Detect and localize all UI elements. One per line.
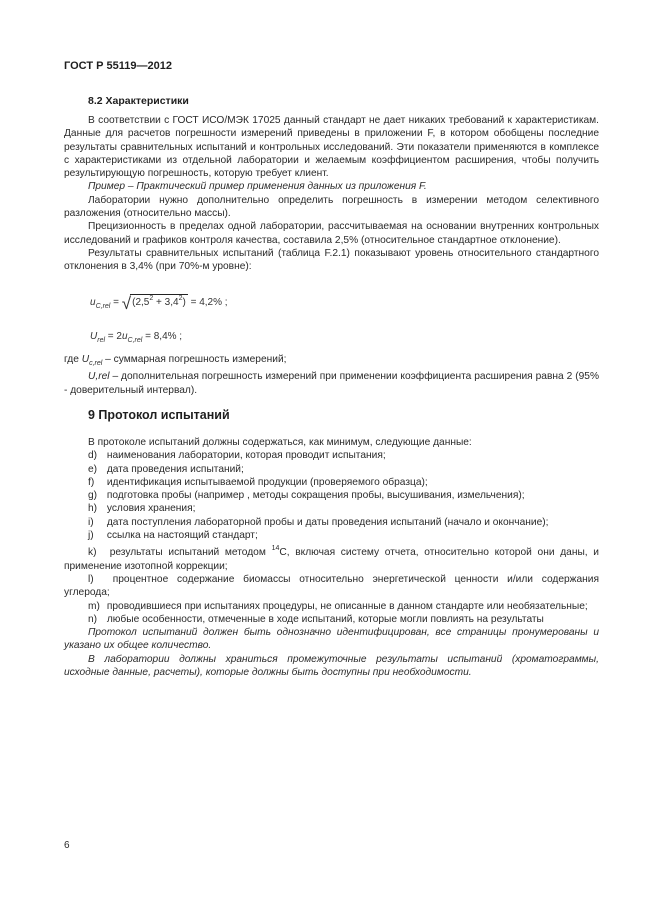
list-text: проводившиеся при испытаниях процедуры, … <box>107 601 588 612</box>
list-item-h: h) условия хранения; <box>64 502 599 515</box>
formula-combined-uncertainty: uC,rel = √(2,52 + 3,42) = 4,2% ; <box>90 294 228 314</box>
list-item-l: l) процентное содержание биомассы относи… <box>64 573 599 600</box>
formula-result: = 4,2% ; <box>188 297 228 308</box>
list-label: m) <box>88 600 104 613</box>
list-label: j) <box>88 529 104 542</box>
list-item-m: m) проводившиеся при испытаниях процедур… <box>64 600 599 613</box>
list-item-e: e) дата проведения испытаний; <box>64 463 599 476</box>
list-text: идентификация испытываемой продукции (пр… <box>107 477 428 488</box>
list-label: i) <box>88 516 104 529</box>
list-label: n) <box>88 613 104 626</box>
where-definition: – суммарная погрешность измерений; <box>102 354 286 365</box>
list-text: наименования лаборатории, которая провод… <box>107 450 386 461</box>
list-label: d) <box>88 449 104 462</box>
section-9-body: В протоколе испытаний должны содержаться… <box>64 436 599 679</box>
list-label: e) <box>88 463 104 476</box>
formula-symbol: U <box>82 354 89 365</box>
page-number: 6 <box>64 840 70 851</box>
formula-term: 2,5 <box>135 297 149 308</box>
section-8-2-body: В соответствии с ГОСТ ИСО/МЭК 17025 данн… <box>64 114 599 274</box>
sqrt-radicand: (2,52 + 3,42) <box>130 294 188 308</box>
formula-symbol: U,rel <box>88 371 110 382</box>
formula-subscript: C,rel <box>96 303 111 310</box>
formula-term: 3,4 <box>165 297 179 308</box>
list-text: дата поступления лабораторной пробы и да… <box>107 517 549 528</box>
paragraph: Результаты сравнительных испытаний (табл… <box>64 247 599 274</box>
document-page: ГОСТ Р 55119—2012 8.2 Характеристики В с… <box>0 0 646 913</box>
formula-subscript: c,rel <box>89 360 102 367</box>
where-line-1: где Uc,rel – суммарная погрешность измер… <box>64 353 599 370</box>
list-item-j: j) ссылка на настоящий стандарт; <box>64 529 599 542</box>
list-text: подготовка пробы (например , методы сокр… <box>107 490 525 501</box>
section-9-title: 9 Протокол испытаний <box>88 408 230 422</box>
example-note: Пример – Практический пример применения … <box>64 180 599 193</box>
formula-operator: = 2 <box>105 331 122 342</box>
list-item-f: f) идентификация испытываемой продукции … <box>64 476 599 489</box>
list-item-d: d) наименования лаборатории, которая про… <box>64 449 599 462</box>
formula-subscript: rel <box>97 337 105 344</box>
list-label: k) <box>88 546 104 559</box>
paragraph: В протоколе испытаний должны содержаться… <box>64 436 599 449</box>
list-item-k: k) результаты испытаний методом 14С, вкл… <box>64 542 599 573</box>
list-text: ссылка на настоящий стандарт; <box>107 530 258 541</box>
formula-operator: + <box>153 297 164 308</box>
where-definition: – дополнительная погрешность измерений п… <box>64 371 599 395</box>
formula-expanded-uncertainty: Urel = 2uC,rel = 8,4% ; <box>90 331 182 344</box>
list-label: f) <box>88 476 104 489</box>
list-text: результаты испытаний методом <box>110 547 272 558</box>
section-8-2-title: 8.2 Характеристики <box>88 95 189 107</box>
storage-note: В лаборатории должны храниться промежуто… <box>64 653 599 680</box>
list-item-i: i) дата поступления лабораторной пробы и… <box>64 516 599 529</box>
list-text: дата проведения испытаний; <box>107 464 244 475</box>
paragraph: В соответствии с ГОСТ ИСО/МЭК 17025 данн… <box>64 114 599 180</box>
formula-subscript: C,rel <box>128 337 143 344</box>
formula-operator: = <box>110 297 121 308</box>
list-item-n: n) любые особенности, отмеченные в ходе … <box>64 613 599 626</box>
document-header: ГОСТ Р 55119—2012 <box>64 60 172 72</box>
paragraph: Лаборатории нужно дополнительно определи… <box>64 194 599 221</box>
protocol-note: Протокол испытаний должен быть однозначн… <box>64 626 599 653</box>
formula-result: = 8,4% ; <box>142 331 182 342</box>
where-prefix: где <box>64 354 82 365</box>
formula-exponent: 2 <box>179 295 183 302</box>
where-clause: где Uc,rel – суммарная погрешность измер… <box>64 353 599 397</box>
list-text: процентное содержание биомассы относител… <box>64 574 599 598</box>
list-text: любые особенности, отмеченные в ходе исп… <box>107 614 544 625</box>
list-text: условия хранения; <box>107 503 196 514</box>
list-label: g) <box>88 489 104 502</box>
paragraph: Прецизионность в пределах одной лаборато… <box>64 220 599 247</box>
list-label: h) <box>88 502 104 515</box>
list-label: l) <box>88 573 104 586</box>
list-item-g: g) подготовка пробы (например , методы с… <box>64 489 599 502</box>
where-line-2: U,rel – дополнительная погрешность измер… <box>64 370 599 397</box>
